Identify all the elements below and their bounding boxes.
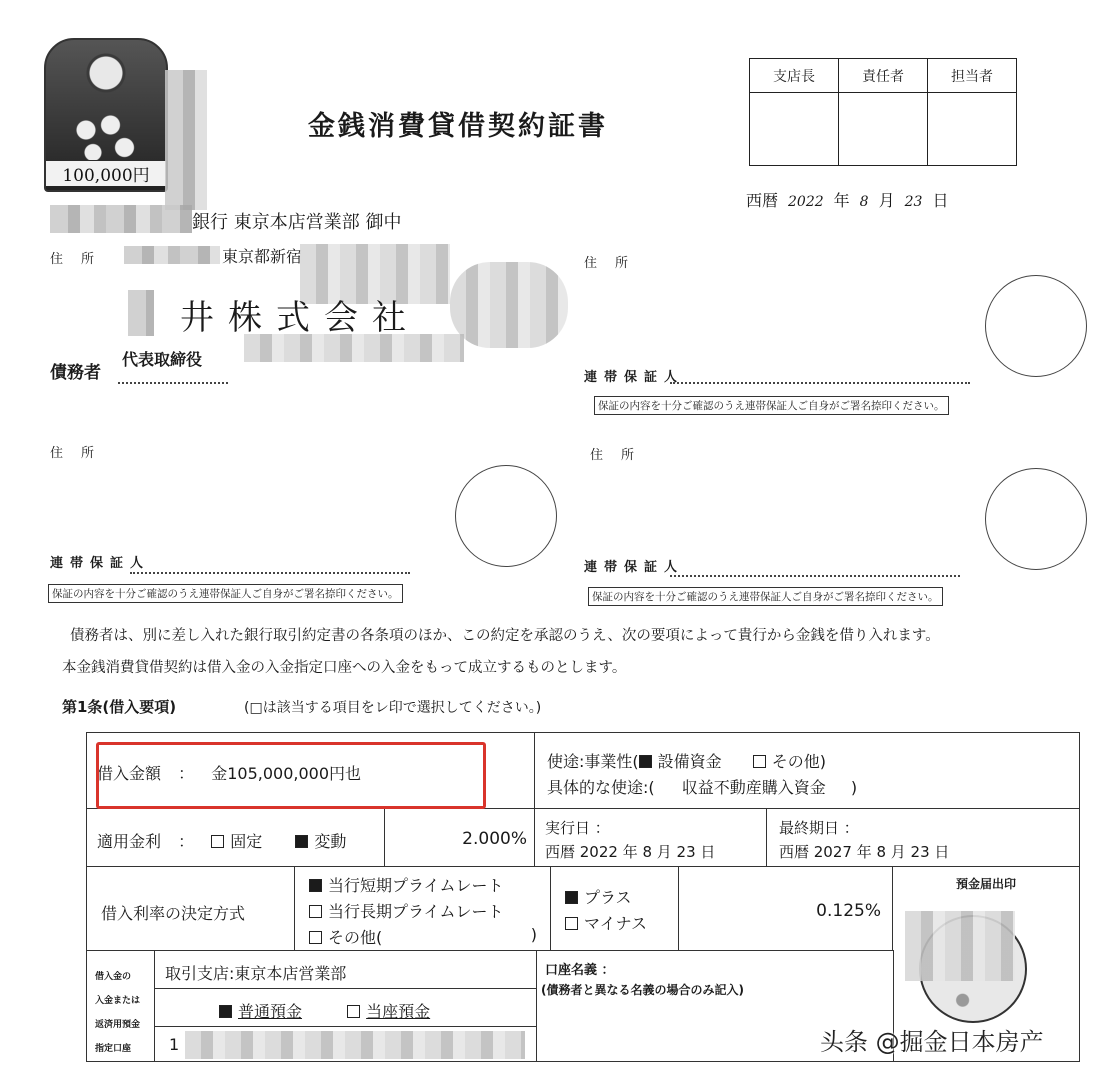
- final-date-value: 西暦 2027 年 8 月 23 日: [779, 841, 949, 862]
- guarantor-label: 連帯保証人: [50, 552, 150, 571]
- approval-col-manager: 責任者: [839, 59, 928, 93]
- guarantor-address-label: 住所: [50, 442, 112, 461]
- interest-rate-cell: 2.000%: [384, 808, 536, 868]
- guarantor-notice: 保証の内容を十分ご確認のうえ連帯保証人ご自身がご署名捺印ください。: [588, 587, 943, 606]
- contract-date: 西暦2022年8月23日: [746, 188, 948, 211]
- debtor-company-name: 井株式会社: [180, 290, 420, 339]
- debtor-address: 東京都新宿: [222, 244, 302, 267]
- approval-cell[interactable]: [839, 93, 928, 166]
- checkbox-current-deposit[interactable]: [347, 1005, 360, 1018]
- rate-method-options-cell: 当行短期プライムレート 当行長期プライムレート その他( ): [294, 866, 552, 952]
- checkbox-fixed-rate[interactable]: [211, 835, 224, 848]
- execution-date-cell: 実行日 ： 西暦 2022 年 8 月 23 日: [534, 808, 768, 868]
- redacted-block: [165, 70, 207, 210]
- seal-circle[interactable]: [455, 465, 557, 567]
- specific-purpose-value: 収益不動産購入資金: [682, 778, 826, 797]
- guarantor-address-label: 住所: [590, 444, 652, 463]
- interest-type-cell: 適用金利 ： 固定 変動: [86, 808, 386, 868]
- redacted-block: [124, 246, 220, 264]
- stamp-flower-icon: [72, 110, 142, 160]
- redacted-block: [244, 334, 464, 362]
- checkbox-variable-rate[interactable]: [295, 835, 308, 848]
- checkbox-ordinary-deposit[interactable]: [219, 1005, 232, 1018]
- approval-col-branch-manager: 支店長: [750, 59, 839, 93]
- checkbox-long-prime[interactable]: [309, 905, 322, 918]
- spread-direction-cell: プラス マイナス: [550, 866, 680, 952]
- checkbox-rate-other[interactable]: [309, 931, 322, 944]
- addressee-bank: 銀行 東京本店営業部 御中: [192, 208, 401, 234]
- branch-cell: 取引支店:東京本店営業部: [154, 950, 538, 990]
- checkbox-plus[interactable]: [565, 891, 578, 904]
- revenue-stamp: 100,000円: [44, 38, 168, 192]
- guarantor-label: 連帯保証人: [584, 556, 684, 575]
- seal-circle[interactable]: [985, 275, 1087, 377]
- checkbox-minus[interactable]: [565, 917, 578, 930]
- checkbox-purpose-other[interactable]: [753, 755, 766, 768]
- signature-line[interactable]: [130, 572, 410, 574]
- account-number-cell: 1: [154, 1026, 538, 1062]
- redacted-block: [50, 205, 192, 233]
- guarantor-notice: 保証の内容を十分ご確認のうえ連帯保証人ご自身がご署名捺印ください。: [594, 396, 949, 415]
- guarantor-address-label: 住所: [584, 252, 646, 271]
- account-type-cell: 普通預金 当座預金: [154, 988, 538, 1028]
- debtor-label: 債務者: [50, 358, 101, 383]
- checkbox-short-prime[interactable]: [309, 879, 322, 892]
- approval-table: 支店長 責任者 担当者: [749, 58, 1017, 166]
- body-paragraph-1: 債務者は、別に差し入れた銀行取引約定書の各条項のほか、この約定を承認のうえ、次の…: [70, 624, 940, 645]
- loan-amount-highlight: [96, 742, 486, 809]
- signature-line[interactable]: [118, 382, 228, 384]
- article-title: 第1条(借入要項): [62, 696, 176, 717]
- watermark: 头条 @掘金日本房产: [820, 1022, 1044, 1057]
- debtor-address-label: 住所: [50, 248, 112, 267]
- contract-day: 23: [905, 194, 923, 210]
- approval-cell[interactable]: [750, 93, 839, 166]
- guarantor-label: 連帯保証人: [584, 366, 684, 385]
- representative-title: 代表取締役: [122, 347, 202, 370]
- document-title: 金銭消費貸借契約証書: [308, 104, 608, 143]
- final-date-cell: 最終期日 ： 西暦 2027 年 8 月 23 日: [766, 808, 1080, 868]
- approval-cell[interactable]: [928, 93, 1017, 166]
- checkbox-equipment-funds[interactable]: [639, 755, 652, 768]
- body-paragraph-2: 本金銭消費貸借契約は借入金の入金指定口座への入金をもって成立するものとします。: [62, 656, 626, 677]
- redacted-block: [128, 290, 154, 336]
- redacted-block: [905, 911, 1015, 981]
- contract-month: 8: [860, 194, 869, 210]
- spread-value-cell: 0.125%: [678, 866, 894, 952]
- redacted-seal: [450, 262, 568, 348]
- contract-year: 2022: [788, 194, 824, 210]
- article-note: (□は該当する項目をレ印で選択してください。): [244, 697, 541, 717]
- signature-line[interactable]: [670, 382, 970, 384]
- account-number: 1: [169, 1035, 179, 1054]
- stamp-value: 100,000円: [46, 161, 166, 186]
- branch-value: 東京本店営業部: [234, 964, 346, 983]
- guarantor-notice: 保証の内容を十分ご確認のうえ連帯保証人ご自身がご署名捺印ください。: [48, 584, 403, 603]
- redacted-block: [185, 1031, 525, 1059]
- execution-date-value: 西暦 2022 年 8 月 23 日: [545, 841, 715, 862]
- approval-col-staff: 担当者: [928, 59, 1017, 93]
- signature-line[interactable]: [670, 575, 960, 577]
- rate-method-label-cell: 借入利率の決定方式: [86, 866, 296, 952]
- interest-rate-value: 2.000%: [462, 829, 527, 849]
- purpose-cell: 使途:事業性(設備資金 その他) 具体的な使途:( 収益不動産購入資金 ): [534, 732, 1080, 810]
- spread-value: 0.125%: [816, 901, 881, 921]
- seal-circle[interactable]: [985, 468, 1087, 570]
- deposit-side-label-cell: 借入金の 入金または 返済用預金 指定口座: [86, 950, 156, 1062]
